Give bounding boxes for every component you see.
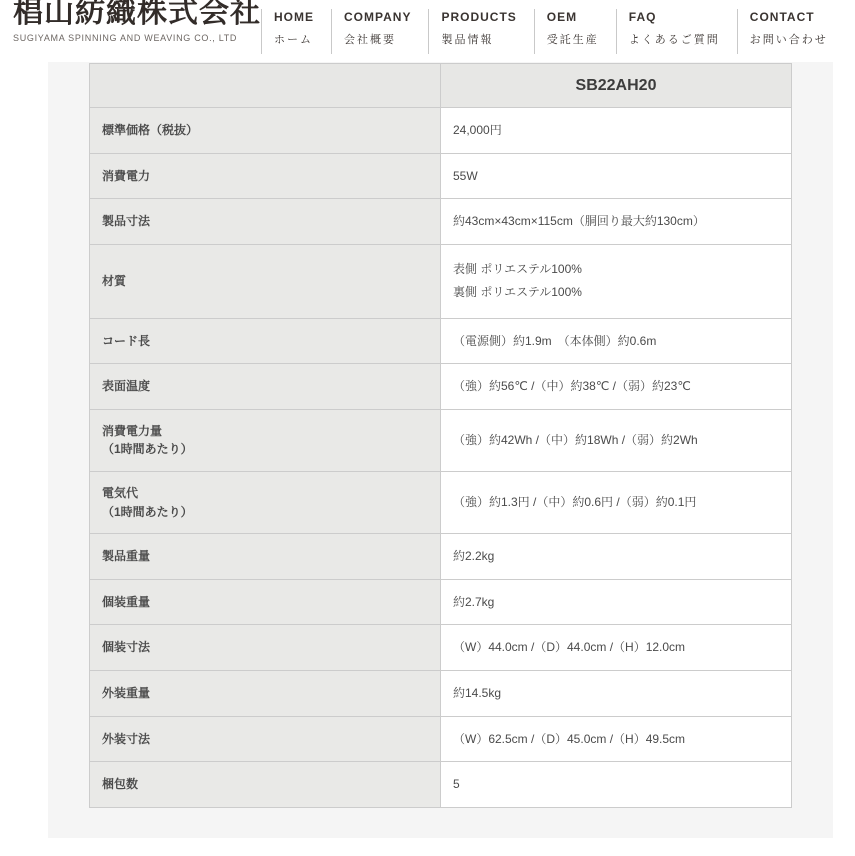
table-row: 表面温度 （強）約56℃ /（中）約38℃ /（弱）約23℃ xyxy=(90,364,792,410)
nav-item-faq[interactable]: FAQ よくあるご質問 xyxy=(616,9,737,54)
spec-label: 表面温度 xyxy=(90,364,441,410)
spec-value: 表側 ポリエステル100% 裏側 ポリエステル100% xyxy=(441,244,792,318)
nav-item-company[interactable]: COMPANY 会社概要 xyxy=(331,9,428,54)
spec-label: 外装寸法 xyxy=(90,716,441,762)
nav-label-en: OEM xyxy=(547,10,599,24)
nav-label-en: FAQ xyxy=(629,10,720,24)
spec-value: （W）62.5cm /（D）45.0cm /（H）49.5cm xyxy=(441,716,792,762)
table-row: 外装重量 約14.5kg xyxy=(90,670,792,716)
product-model-header: SB22AH20 xyxy=(441,64,792,108)
nav-label-en: CONTACT xyxy=(750,10,828,24)
table-row: 外装寸法 （W）62.5cm /（D）45.0cm /（H）49.5cm xyxy=(90,716,792,762)
nav-label-jp: お問い合わせ xyxy=(750,31,828,47)
spec-value: （強）約42Wh /（中）約18Wh /（弱）約2Wh xyxy=(441,409,792,471)
table-row: 製品重量 約2.2kg xyxy=(90,534,792,580)
site-header: 椙山紡織株式会社 SUGIYAMA SPINNING AND WEAVING C… xyxy=(0,0,855,62)
spec-value: （W）44.0cm /（D）44.0cm /（H）12.0cm xyxy=(441,625,792,671)
nav-label-jp: 製品情報 xyxy=(441,31,516,47)
nav-item-contact[interactable]: CONTACT お問い合わせ xyxy=(737,9,845,54)
spec-value: 約43cm×43cm×115cm（胴回り最大約130cm） xyxy=(441,199,792,245)
table-header-row: SB22AH20 xyxy=(90,64,792,108)
company-logo[interactable]: 椙山紡織株式会社 SUGIYAMA SPINNING AND WEAVING C… xyxy=(13,0,261,43)
nav-label-jp: 会社概要 xyxy=(344,31,411,47)
table-row: 製品寸法 約43cm×43cm×115cm（胴回り最大約130cm） xyxy=(90,199,792,245)
nav-label-en: PRODUCTS xyxy=(441,10,516,24)
nav-item-products[interactable]: PRODUCTS 製品情報 xyxy=(428,9,533,54)
nav-label-en: HOME xyxy=(274,10,314,24)
spec-value: （電源側）約1.9m （本体側）約0.6m xyxy=(441,318,792,364)
table-row: 個装重量 約2.7kg xyxy=(90,579,792,625)
table-row: 消費電力量 （1時間あたり） （強）約42Wh /（中）約18Wh /（弱）約2… xyxy=(90,409,792,471)
spec-value: 55W xyxy=(441,153,792,199)
table-row: 消費電力 55W xyxy=(90,153,792,199)
nav-label-jp: よくあるご質問 xyxy=(629,31,720,47)
nav-label-jp: 受託生産 xyxy=(547,31,599,47)
spec-value: 約14.5kg xyxy=(441,670,792,716)
spec-label: 消費電力量 （1時間あたり） xyxy=(90,409,441,471)
table-row: 梱包数 5 xyxy=(90,762,792,808)
nav-item-oem[interactable]: OEM 受託生産 xyxy=(534,9,616,54)
spec-label: 個装寸法 xyxy=(90,625,441,671)
spec-label: 電気代 （1時間あたり） xyxy=(90,471,441,533)
spec-value: 24,000円 xyxy=(441,108,792,154)
spec-value: （強）約56℃ /（中）約38℃ /（弱）約23℃ xyxy=(441,364,792,410)
content-area: SB22AH20 標準価格（税抜） 24,000円 消費電力 55W 製品寸法 … xyxy=(48,62,833,838)
table-row: 標準価格（税抜） 24,000円 xyxy=(90,108,792,154)
table-row: 個装寸法 （W）44.0cm /（D）44.0cm /（H）12.0cm xyxy=(90,625,792,671)
spec-label: 製品重量 xyxy=(90,534,441,580)
spec-value: （強）約1.3円 /（中）約0.6円 /（弱）約0.1円 xyxy=(441,471,792,533)
spec-label: 消費電力 xyxy=(90,153,441,199)
nav-label-jp: ホーム xyxy=(274,31,314,47)
spec-label: 標準価格（税抜） xyxy=(90,108,441,154)
spec-label: 個装重量 xyxy=(90,579,441,625)
spec-value: 約2.2kg xyxy=(441,534,792,580)
nav-label-en: COMPANY xyxy=(344,10,411,24)
nav-item-home[interactable]: HOME ホーム xyxy=(261,9,331,54)
spec-label: 外装重量 xyxy=(90,670,441,716)
table-row: 電気代 （1時間あたり） （強）約1.3円 /（中）約0.6円 /（弱）約0.1… xyxy=(90,471,792,533)
product-spec-table: SB22AH20 標準価格（税抜） 24,000円 消費電力 55W 製品寸法 … xyxy=(89,63,792,808)
table-row: 材質 表側 ポリエステル100% 裏側 ポリエステル100% xyxy=(90,244,792,318)
spec-value: 5 xyxy=(441,762,792,808)
table-row: コード長 （電源側）約1.9m （本体側）約0.6m xyxy=(90,318,792,364)
spec-label: 梱包数 xyxy=(90,762,441,808)
table-header-blank-cell xyxy=(90,64,441,108)
spec-value: 約2.7kg xyxy=(441,579,792,625)
company-name-jp: 椙山紡織株式会社 xyxy=(13,0,261,32)
company-name-en: SUGIYAMA SPINNING AND WEAVING CO., LTD xyxy=(13,33,261,43)
spec-label: 材質 xyxy=(90,244,441,318)
spec-label: コード長 xyxy=(90,318,441,364)
main-nav: HOME ホーム COMPANY 会社概要 PRODUCTS 製品情報 OEM … xyxy=(261,9,845,54)
spec-label: 製品寸法 xyxy=(90,199,441,245)
